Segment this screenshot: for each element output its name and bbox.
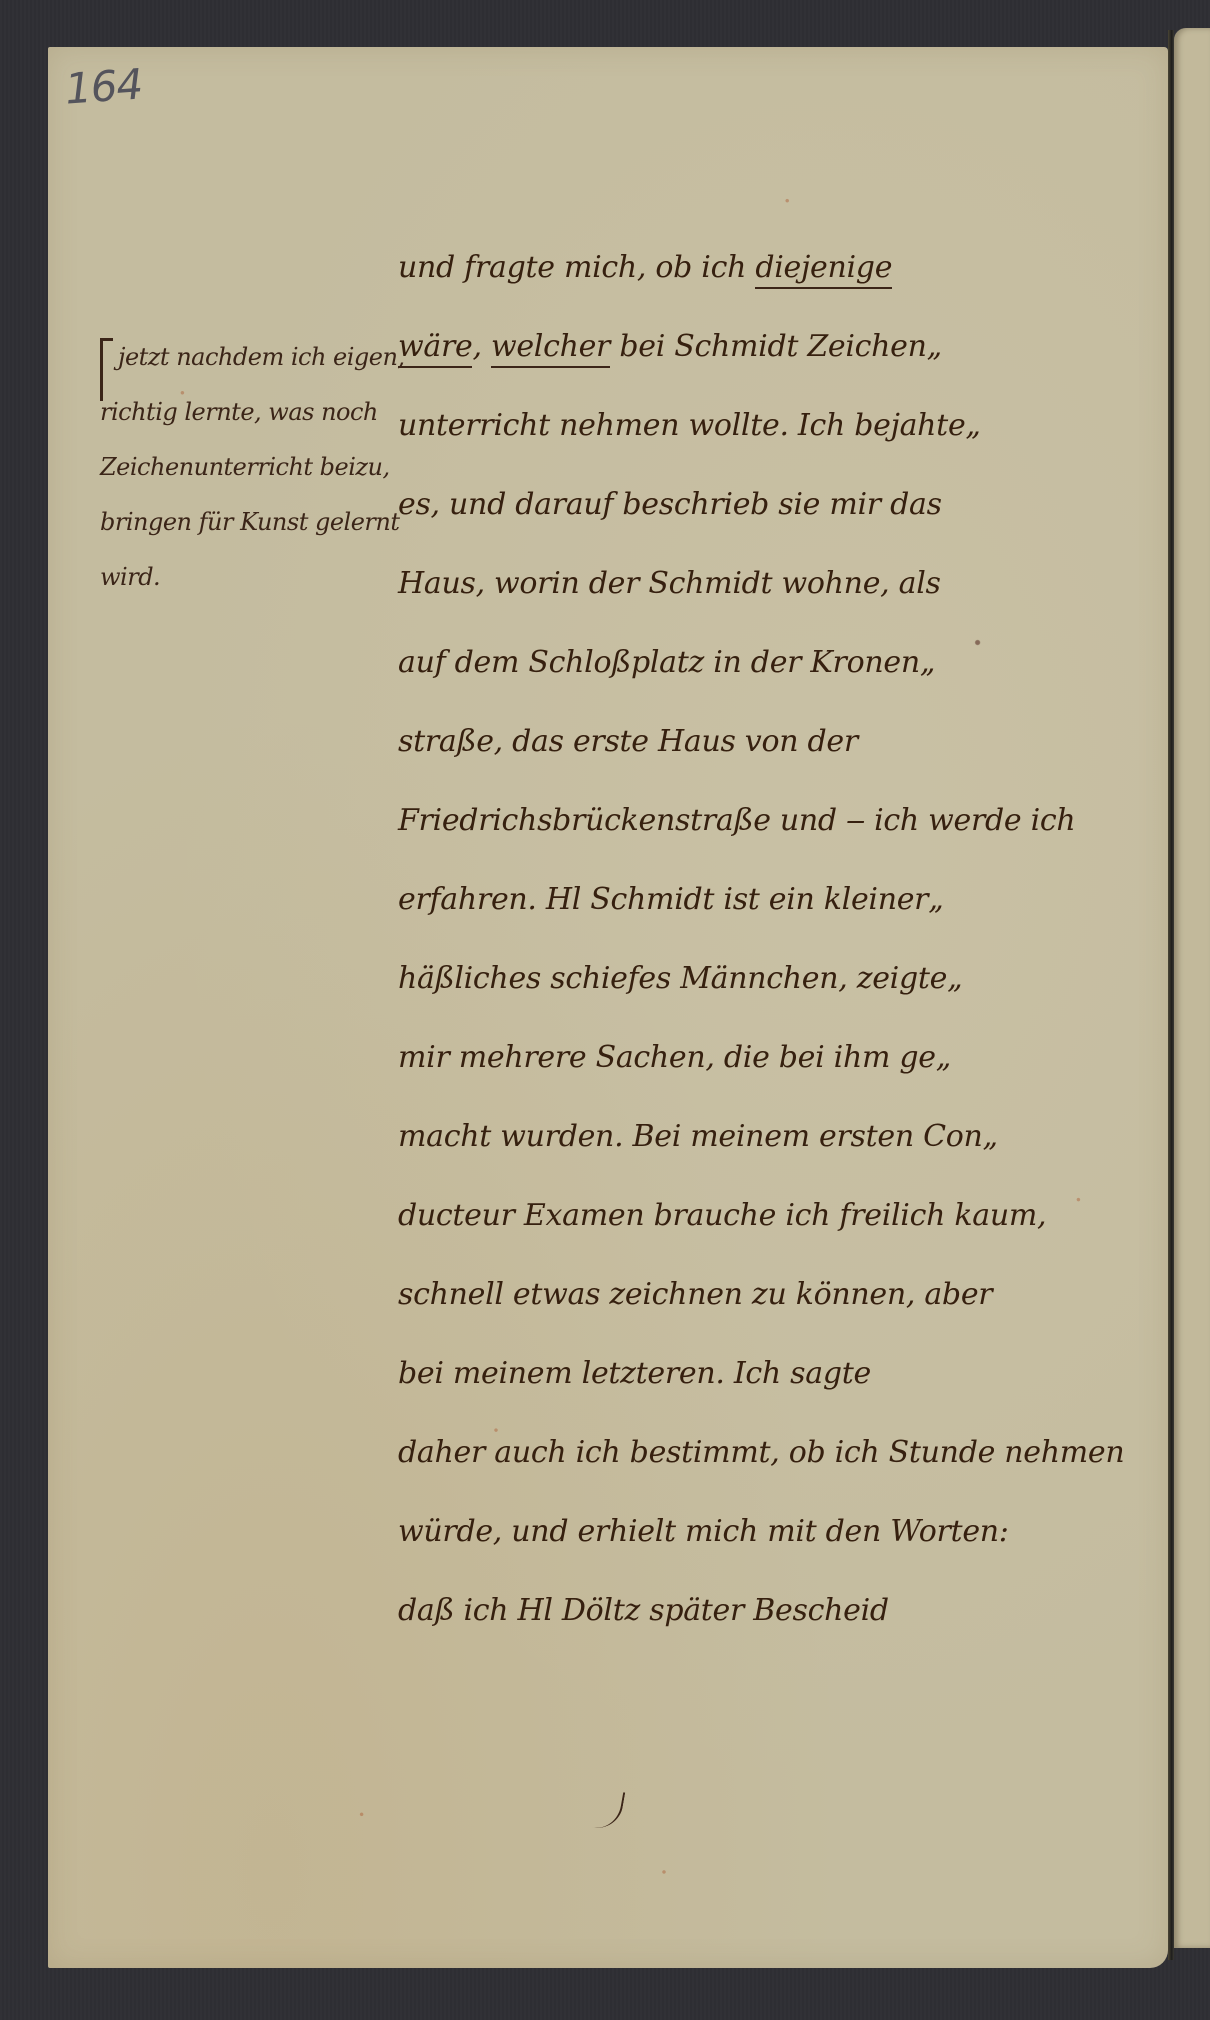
text-line: daß ich Hl Döltz später Bescheid xyxy=(398,1571,1138,1650)
folio-number: 164 xyxy=(63,59,143,113)
margin-note-line: richtig lernte, was noch xyxy=(100,385,390,440)
text-line: Haus, worin der Schmidt wohne, als xyxy=(398,544,1138,623)
margin-note-line: wird. xyxy=(100,550,390,605)
underlined-word: welcher xyxy=(491,329,610,368)
adjacent-page-edge xyxy=(1174,28,1210,1948)
underlined-word: wäre xyxy=(398,329,472,368)
text-segment: , xyxy=(472,329,490,364)
text-segment: bei Schmidt Zeichen„ xyxy=(610,329,942,364)
margin-note-line: Zeichenunterricht beizu, xyxy=(100,440,390,495)
book-gutter xyxy=(1168,30,1174,1960)
text-line: auf dem Schloßplatz in der Kronen„ xyxy=(398,623,1138,702)
margin-note-line: jetzt nachdem ich eigen, xyxy=(100,330,390,385)
text-line: häßliches schiefes Männchen, zeigte„ xyxy=(398,939,1138,1018)
text-line: ducteur Examen brauche ich freilich kaum… xyxy=(398,1176,1138,1255)
text-line: und fragte mich, ob ich diejenige xyxy=(398,228,1138,307)
margin-note-line: bringen für Kunst gelernt xyxy=(100,495,390,550)
text-line: erfahren. Hl Schmidt ist ein kleiner„ xyxy=(398,860,1138,939)
margin-note: jetzt nachdem ich eigen, richtig lernte,… xyxy=(100,330,390,605)
underlined-word: diejenige xyxy=(755,250,892,289)
text-line: bei meinem letzteren. Ich sagte xyxy=(398,1334,1138,1413)
text-line: wäre, welcher bei Schmidt Zeichen„ xyxy=(398,307,1138,386)
text-line: unterricht nehmen wollte. Ich bejahte„ xyxy=(398,386,1138,465)
text-line: macht wurden. Bei meinem ersten Con„ xyxy=(398,1097,1138,1176)
insertion-mark-icon xyxy=(100,338,113,401)
text-line: Friedrichsbrückenstraße und ‒ ich werde … xyxy=(398,781,1138,860)
text-line: straße, das erste Haus von der xyxy=(398,702,1138,781)
text-line: daher auch ich bestimmt, ob ich Stunde n… xyxy=(398,1413,1138,1492)
text-segment: und fragte mich, ob ich xyxy=(398,250,755,285)
main-text: und fragte mich, ob ich diejenige wäre, … xyxy=(398,228,1138,1650)
text-line: schnell etwas zeichnen zu können, aber xyxy=(398,1255,1138,1334)
text-line: würde, und erhielt mich mit den Worten: xyxy=(398,1492,1138,1571)
text-line: es, und darauf beschrieb sie mir das xyxy=(398,465,1138,544)
text-line: mir mehrere Sachen, die bei ihm ge„ xyxy=(398,1018,1138,1097)
